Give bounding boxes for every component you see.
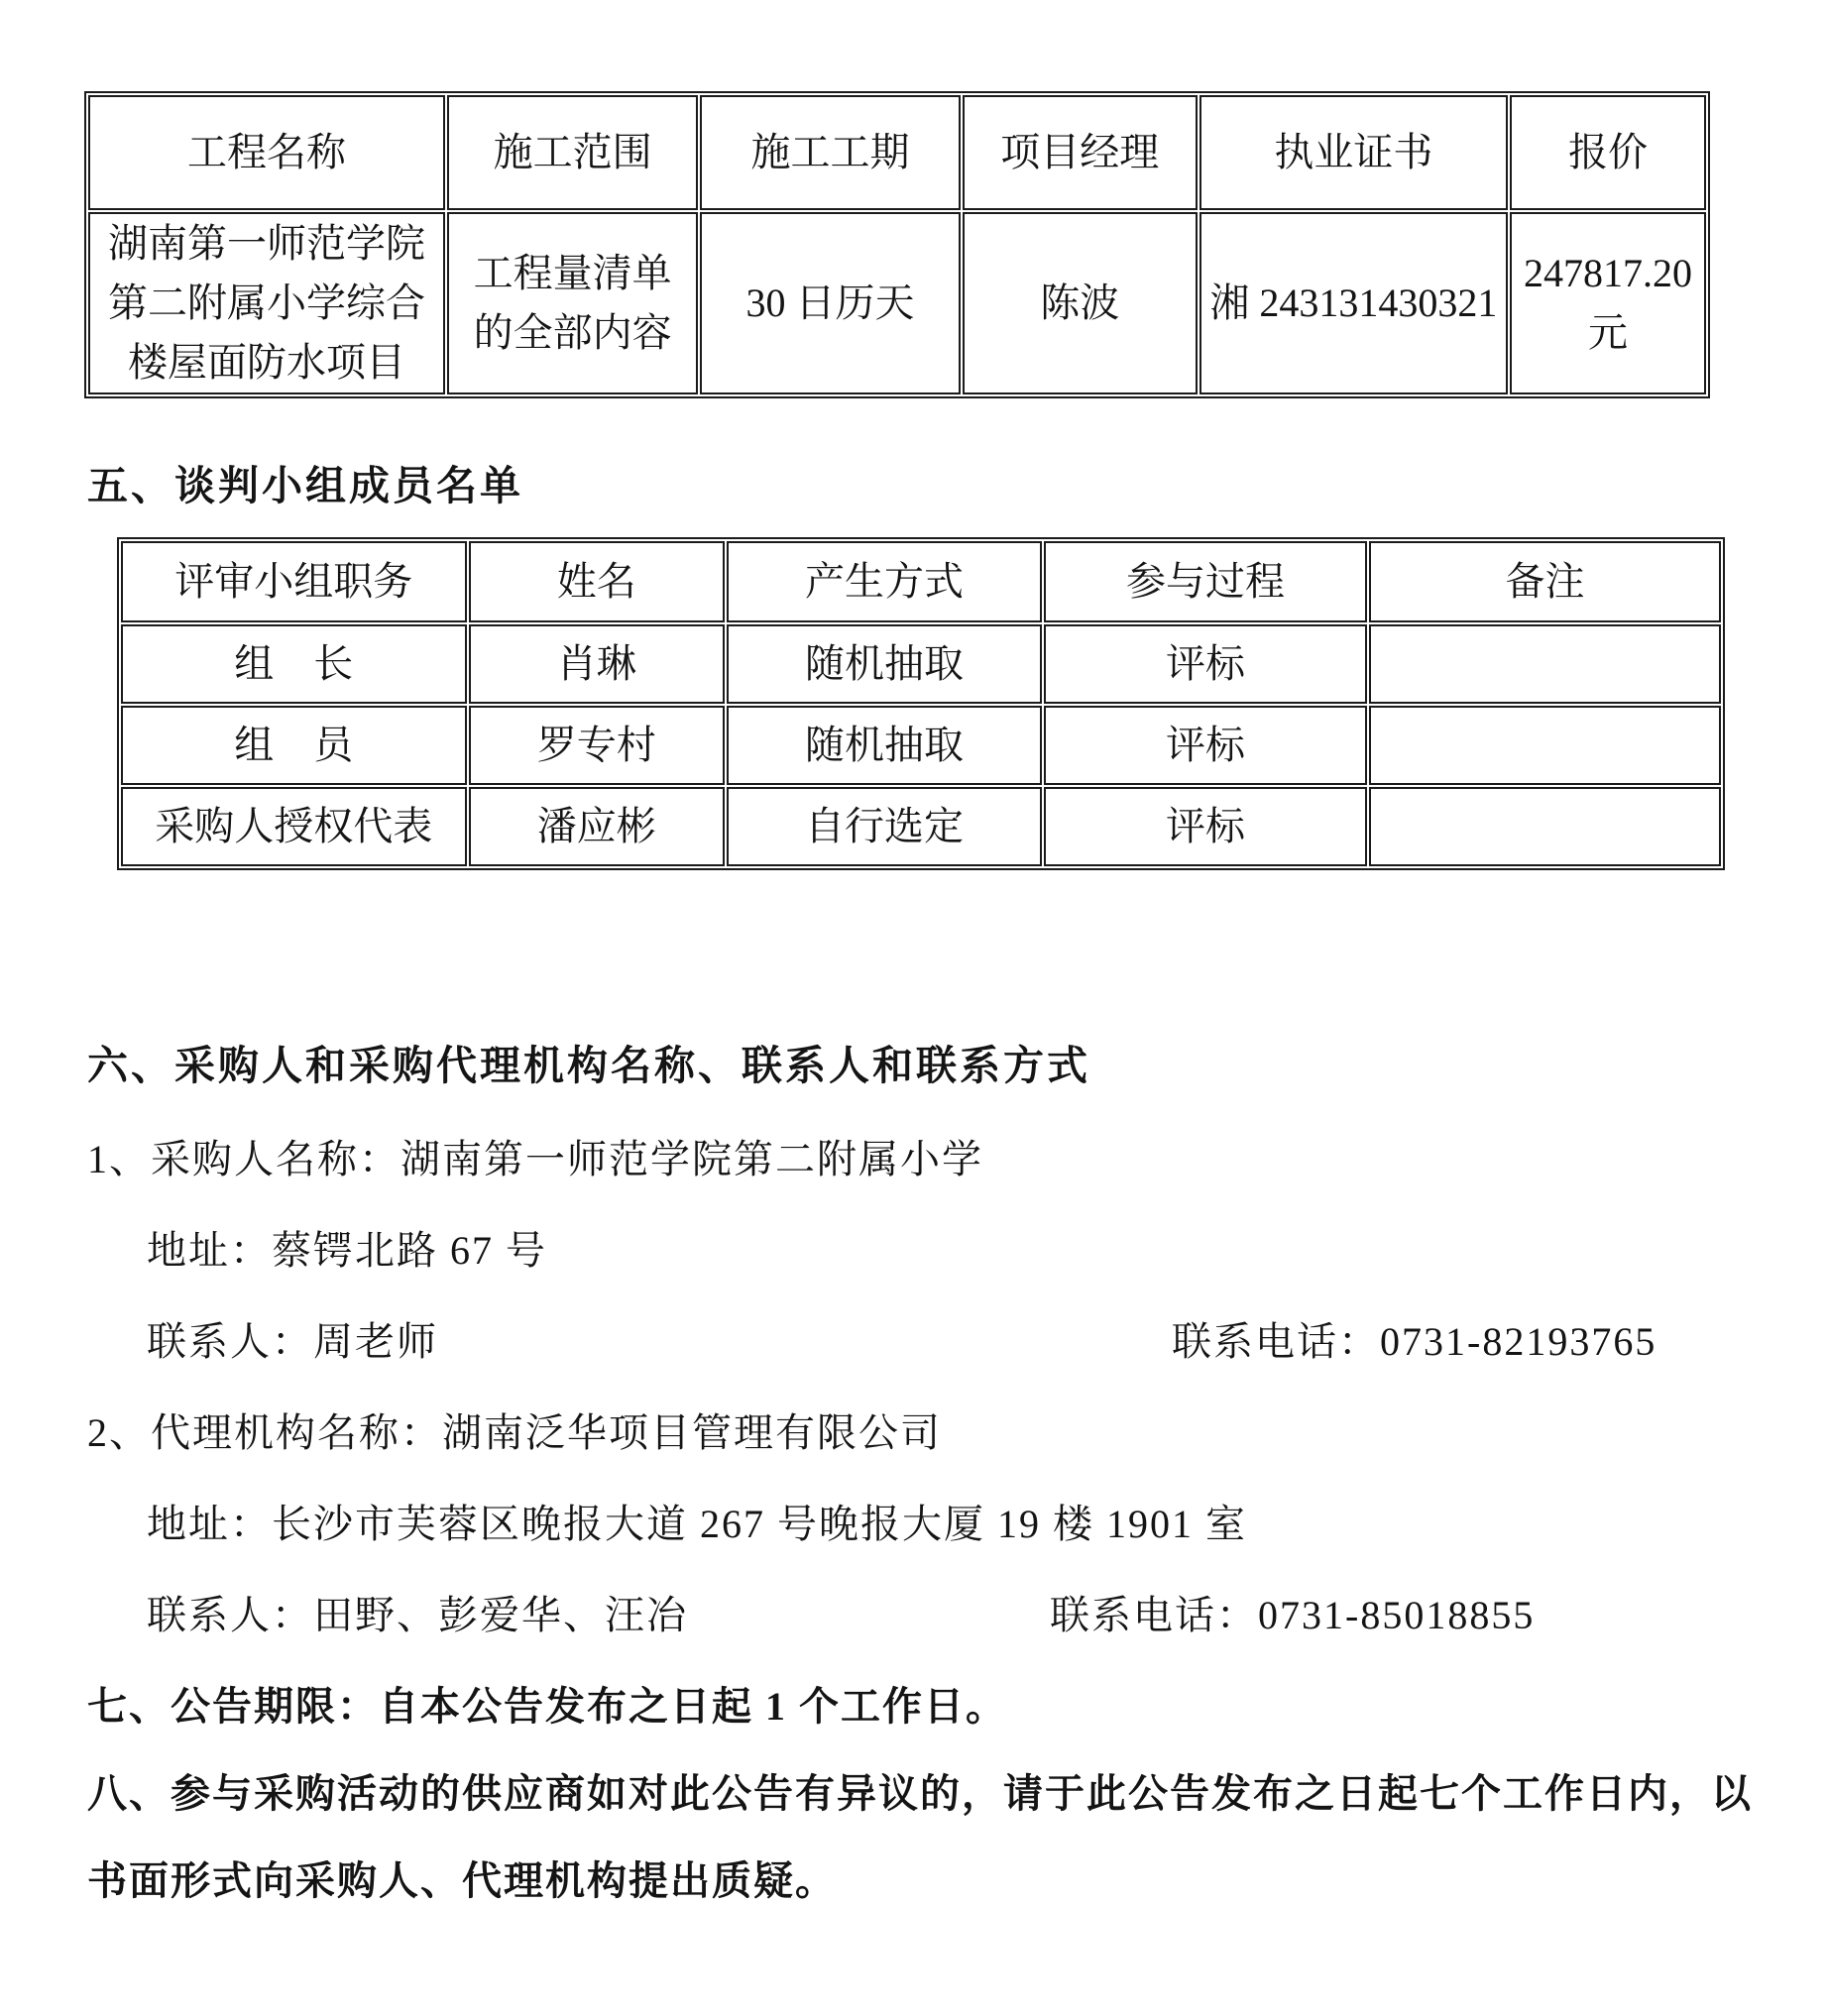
purchaser-phone-line: 联系电话：0731-82193765: [1172, 1316, 1657, 1368]
cell-note: [1369, 787, 1721, 866]
cell-name: 潘应彬: [469, 787, 726, 866]
cell-role: 组 员: [121, 706, 467, 785]
section8-line2: 书面形式向采购人、代理机构提出质疑。: [87, 1855, 837, 1907]
panel-table-row-member: 组 员 罗专村 随机抽取 评标: [121, 706, 1721, 785]
cell-name: 罗专村: [469, 706, 726, 785]
agency-contact-line: 联系人：田野、彭爱华、汪冶: [147, 1590, 688, 1641]
cell-method: 自行选定: [727, 787, 1042, 866]
header-note: 备注: [1369, 541, 1721, 622]
section7-heading: 七、公告期限：自本公告发布之日起 1 个工作日。: [87, 1681, 1007, 1733]
header-name: 姓名: [469, 541, 726, 622]
purchaser-name-line: 1、采购人名称：湖南第一师范学院第二附属小学: [87, 1134, 983, 1185]
header-manager: 项目经理: [963, 95, 1198, 210]
header-certificate: 执业证书: [1200, 95, 1508, 210]
cell-role: 采购人授权代表: [121, 787, 467, 866]
project-table-data-row: 湖南第一师范学院第二附属小学综合楼屋面防水项目 工程量清单的全部内容 30 日历…: [88, 212, 1706, 394]
cell-manager: 陈波: [963, 212, 1198, 394]
cell-process: 评标: [1044, 706, 1367, 785]
cell-price: 247817.20 元: [1510, 212, 1706, 394]
header-method: 产生方式: [727, 541, 1042, 622]
cell-name: 肖琳: [469, 624, 726, 704]
header-scope: 施工范围: [447, 95, 698, 210]
cell-scope: 工程量清单的全部内容: [447, 212, 698, 394]
cell-duration: 30 日历天: [700, 212, 961, 394]
header-duration: 施工工期: [700, 95, 961, 210]
section6-heading: 六、采购人和采购代理机构名称、联系人和联系方式: [87, 1040, 1090, 1091]
purchaser-contact-line: 联系人：周老师: [147, 1316, 438, 1368]
cell-role: 组 长: [121, 624, 467, 704]
agency-address-line: 地址：长沙市芙蓉区晚报大道 267 号晚报大厦 19 楼 1901 室: [147, 1499, 1247, 1550]
header-price: 报价: [1510, 95, 1706, 210]
panel-table-row-leader: 组 长 肖琳 随机抽取 评标: [121, 624, 1721, 704]
header-project-name: 工程名称: [88, 95, 445, 210]
cell-note: [1369, 706, 1721, 785]
agency-phone-line: 联系电话：0731-85018855: [1050, 1590, 1535, 1641]
cell-method: 随机抽取: [727, 624, 1042, 704]
cell-project-name: 湖南第一师范学院第二附属小学综合楼屋面防水项目: [88, 212, 445, 394]
document-page: { "page": { "background": "#ffffff", "te…: [0, 0, 1828, 2016]
header-process: 参与过程: [1044, 541, 1367, 622]
cell-certificate: 湘 243131430321: [1200, 212, 1508, 394]
cell-note: [1369, 624, 1721, 704]
panel-table-header-row: 评审小组职务 姓名 产生方式 参与过程 备注: [121, 541, 1721, 622]
section8-line1: 八、参与采购活动的供应商如对此公告有异议的，请于此公告发布之日起七个工作日内，以: [87, 1768, 1753, 1820]
project-summary-table: 工程名称 施工范围 施工工期 项目经理 执业证书 报价 湖南第一师范学院第二附属…: [84, 91, 1710, 398]
purchaser-address-line: 地址：蔡锷北路 67 号: [147, 1225, 547, 1277]
cell-method: 随机抽取: [727, 706, 1042, 785]
header-role: 评审小组职务: [121, 541, 467, 622]
section5-heading: 五、谈判小组成员名单: [87, 460, 523, 511]
panel-members-table: 评审小组职务 姓名 产生方式 参与过程 备注 组 长 肖琳 随机抽取 评标 组 …: [117, 537, 1725, 870]
panel-table-row-representative: 采购人授权代表 潘应彬 自行选定 评标: [121, 787, 1721, 866]
project-table-header-row: 工程名称 施工范围 施工工期 项目经理 执业证书 报价: [88, 95, 1706, 210]
cell-process: 评标: [1044, 624, 1367, 704]
cell-process: 评标: [1044, 787, 1367, 866]
agency-name-line: 2、代理机构名称：湖南泛华项目管理有限公司: [87, 1407, 942, 1459]
